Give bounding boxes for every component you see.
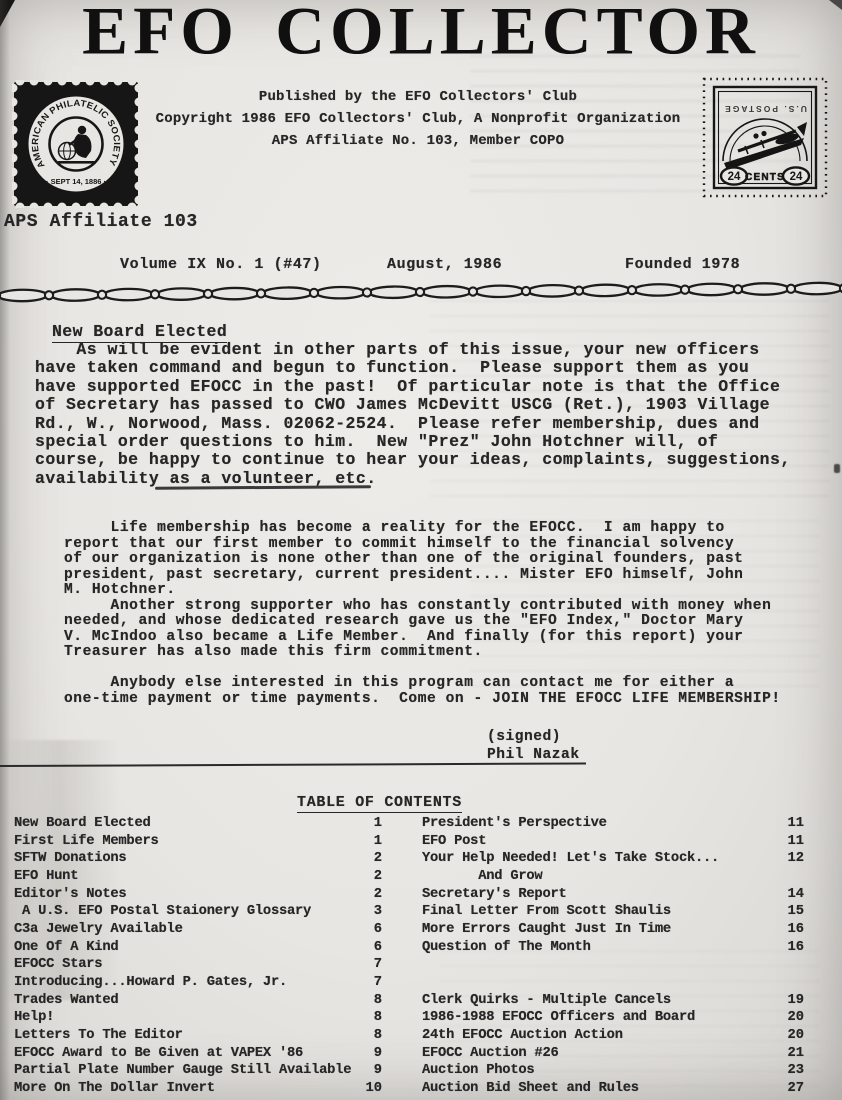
left-entry-page: 1 — [352, 834, 382, 849]
toc-row: EFOCC Award to Be Given at VAPEX '869EFO… — [14, 1046, 806, 1064]
denomination-left: 24 — [728, 171, 741, 183]
left-entry-title: Partial Plate Number Gauge Still Availab… — [14, 1063, 352, 1078]
stamp-postage-text: U.S. POSTAGE — [723, 104, 807, 114]
aps-society-seal-stamp: AMERICAN PHILATELIC SOCIETY · SEPT 14, 1… — [12, 80, 140, 208]
right-entry-title: Secretary's Report — [422, 887, 774, 902]
toc-row: Introducing...Howard P. Gates, Jr.7 — [14, 975, 806, 993]
toc-row: One Of A Kind6Question of The Month16 — [14, 940, 806, 958]
scan-mark — [834, 464, 840, 473]
right-entry-page: 23 — [774, 1063, 804, 1078]
left-entry-page: 6 — [352, 940, 382, 955]
inverted-jenny-stamp: U.S. POSTAGE 24 24 CENTS — [700, 75, 830, 200]
left-entry-title: New Board Elected — [14, 816, 352, 831]
left-entry-page: 8 — [352, 1010, 382, 1025]
signed-label: (signed) — [487, 729, 580, 747]
seal-date-text: · SEPT 14, 1886 · — [46, 177, 106, 186]
cents-label: CENTS — [745, 172, 785, 183]
newsletter-title: EFO COLLECTOR — [0, 0, 842, 70]
left-entry-page: 2 — [352, 851, 382, 866]
right-entry-page: 16 — [774, 922, 804, 937]
chain-divider — [0, 275, 842, 306]
toc-row: Help!81986-1988 EFOCC Officers and Board… — [14, 1010, 806, 1028]
left-entry-page: 2 — [352, 887, 382, 902]
right-entry-title: Auction Bid Sheet and Rules — [422, 1081, 774, 1096]
toc-row: New Board Elected1President's Perspectiv… — [14, 816, 806, 834]
right-entry-title: More Errors Caught Just In Time — [422, 922, 774, 937]
right-entry-title: Your Help Needed! Let's Take Stock... — [422, 851, 774, 866]
toc-row: First Life Members1EFO Post11 — [14, 834, 806, 852]
toc-row: More On The Dollar Invert10Auction Bid S… — [14, 1081, 806, 1099]
aps-affiliate-caption: APS Affiliate 103 — [4, 212, 198, 232]
section-divider-rule — [155, 485, 371, 490]
right-entry-title: 24th EFOCC Auction Action — [422, 1028, 774, 1043]
right-entry-page: 15 — [774, 904, 804, 919]
left-entry-title: Introducing...Howard P. Gates, Jr. — [14, 975, 352, 990]
toc-row: EFO Hunt2 And Grow — [14, 869, 806, 887]
toc-heading-text: TABLE OF CONTENTS — [297, 794, 462, 813]
right-entry-title: Auction Photos — [422, 1063, 774, 1078]
left-entry-title: Letters To The Editor — [14, 1028, 352, 1043]
right-entry-page: 21 — [774, 1046, 804, 1061]
right-entry-page: 27 — [774, 1081, 804, 1096]
toc-row: EFOCC Stars7 — [14, 957, 806, 975]
right-entry-page: 20 — [774, 1010, 804, 1025]
issue-date: August, 1986 — [387, 256, 502, 273]
left-entry-page: 10 — [352, 1081, 382, 1096]
right-entry-title: EFOCC Auction #26 — [422, 1046, 774, 1061]
left-entry-title: One Of A Kind — [14, 940, 352, 955]
toc-row: Trades Wanted8Clerk Quirks - Multiple Ca… — [14, 993, 806, 1011]
left-entry-page: 9 — [352, 1063, 382, 1078]
toc-row: Letters To The Editor824th EFOCC Auction… — [14, 1028, 806, 1046]
toc-row: C3a Jewelry Available6More Errors Caught… — [14, 922, 806, 940]
article-body-new-board: As will be evident in other parts of thi… — [35, 341, 791, 488]
left-entry-title: Help! — [14, 1010, 352, 1025]
right-entry-page: 20 — [774, 1028, 804, 1043]
right-entry-title: Clerk Quirks - Multiple Cancels — [422, 993, 774, 1008]
toc-row: Partial Plate Number Gauge Still Availab… — [14, 1063, 806, 1081]
left-entry-title: Editor's Notes — [14, 887, 352, 902]
article-body-life-members: Life membership has become a reality for… — [64, 521, 781, 707]
left-entry-page: 3 — [352, 904, 382, 919]
table-of-contents: New Board Elected1President's Perspectiv… — [14, 816, 806, 1099]
left-entry-page: 7 — [352, 975, 382, 990]
left-entry-title: C3a Jewelry Available — [14, 922, 352, 937]
left-entry-title: SFTW Donations — [14, 851, 352, 866]
left-entry-page: 8 — [352, 993, 382, 1008]
signature-name: Phil Nazak — [487, 747, 580, 765]
left-entry-page: 1 — [352, 816, 382, 831]
toc-heading: TABLE OF CONTENTS — [297, 794, 462, 813]
left-entry-title: EFOCC Stars — [14, 957, 352, 972]
toc-row: A U.S. EFO Postal Staionery Glossary3Fin… — [14, 904, 806, 922]
left-entry-page: 6 — [352, 922, 382, 937]
right-entry-title: Final Letter From Scott Shaulis — [422, 904, 774, 919]
left-entry-title: More On The Dollar Invert — [14, 1081, 352, 1096]
left-entry-page: 2 — [352, 869, 382, 884]
right-entry-page: 12 — [774, 851, 804, 866]
right-entry-page: 11 — [774, 834, 804, 849]
right-entry-title: Question of The Month — [422, 940, 774, 955]
left-entry-page: 9 — [352, 1046, 382, 1061]
right-entry-page: 14 — [774, 887, 804, 902]
left-entry-page: 7 — [352, 957, 382, 972]
signature-block: (signed) Phil Nazak — [487, 729, 580, 764]
right-entry-title: 1986-1988 EFOCC Officers and Board — [422, 1010, 774, 1025]
left-entry-title: Trades Wanted — [14, 993, 352, 1008]
right-entry-page: 19 — [774, 993, 804, 1008]
right-entry-title: President's Perspective — [422, 816, 774, 831]
right-entry-title: And Grow — [422, 869, 774, 884]
founded-year: Founded 1978 — [625, 256, 740, 273]
newsletter-page: EFO COLLECTOR Published by the EFO Colle… — [0, 0, 842, 1100]
left-entry-page: 8 — [352, 1028, 382, 1043]
left-entry-title: A U.S. EFO Postal Staionery Glossary — [14, 904, 352, 919]
toc-row: SFTW Donations2Your Help Needed! Let's T… — [14, 851, 806, 869]
right-entry-page: 16 — [774, 940, 804, 955]
toc-row: Editor's Notes2Secretary's Report14 — [14, 887, 806, 905]
left-entry-title: First Life Members — [14, 834, 352, 849]
right-entry-page: 11 — [774, 816, 804, 831]
volume-number: Volume IX No. 1 (#47) — [120, 256, 322, 273]
denomination-right: 24 — [790, 171, 803, 183]
right-entry-title: EFO Post — [422, 834, 774, 849]
left-entry-title: EFO Hunt — [14, 869, 352, 884]
left-entry-title: EFOCC Award to Be Given at VAPEX '86 — [14, 1046, 352, 1061]
